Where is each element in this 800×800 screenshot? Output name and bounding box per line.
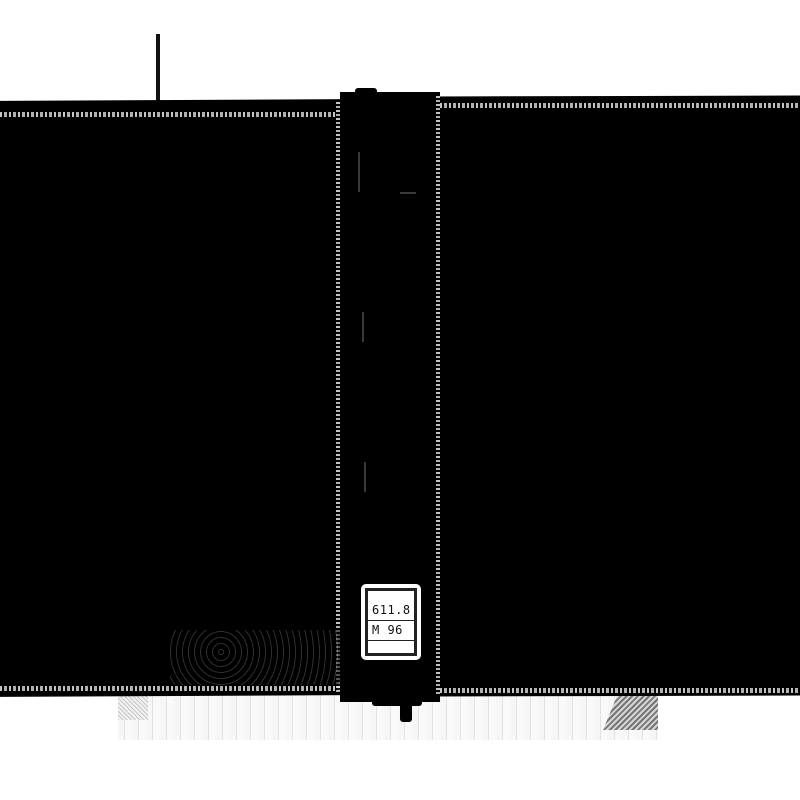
back-cover-board <box>0 99 348 697</box>
top-border-tooling-left <box>0 112 336 117</box>
bookmark-ribbon <box>156 34 160 104</box>
call-number-label-frame: 611.8 M 96 <box>365 588 417 656</box>
spine-border-tooling-right <box>436 96 440 694</box>
spine-wear-mark <box>358 152 360 192</box>
bottom-border-tooling-left <box>0 686 340 691</box>
spine-wear-mark <box>400 192 416 194</box>
spine-wear-mark <box>362 312 364 342</box>
spine-wear-mark <box>364 462 366 492</box>
call-number-line-1: 611.8 <box>368 601 414 621</box>
tailband-tear <box>400 700 412 722</box>
tailband <box>372 692 422 706</box>
book-scan: 611.8 M 96 <box>0 0 800 800</box>
spine-border-tooling-left <box>336 102 340 694</box>
call-number-label: 611.8 M 96 <box>361 584 421 660</box>
front-cover-board <box>432 96 800 697</box>
headband <box>355 88 377 98</box>
bottom-border-tooling-right <box>440 688 800 693</box>
cover-wear <box>170 630 340 685</box>
call-number-line-3 <box>368 641 414 653</box>
call-number-line-2: M 96 <box>368 621 414 641</box>
top-border-tooling-right <box>440 103 800 108</box>
